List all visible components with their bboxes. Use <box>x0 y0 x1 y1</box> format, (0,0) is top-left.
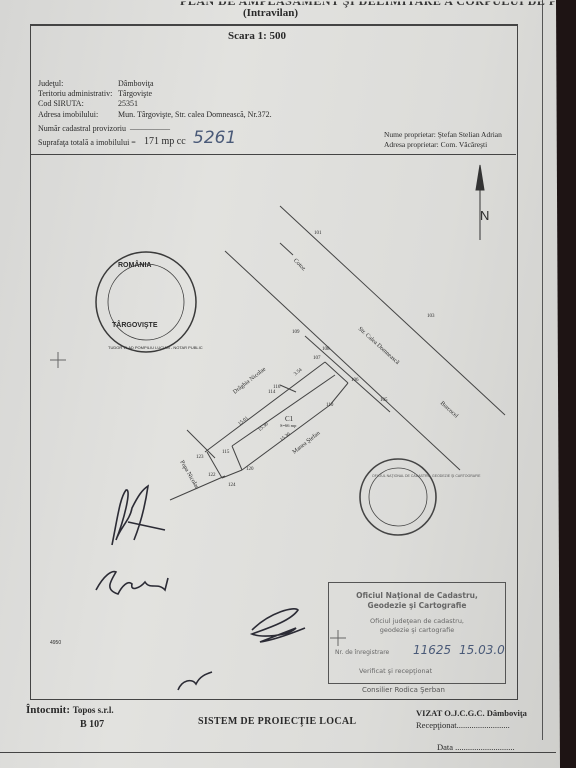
point-122: 122 <box>208 473 216 478</box>
parcel-area: S=66 mp <box>280 423 296 428</box>
stamp-line1: Oficiul Naţional de Cadastru, <box>329 591 505 600</box>
stamp-line3: Oficiul judeţean de cadastru, <box>329 617 505 625</box>
stamp-registration-number: 11625 <box>413 643 451 657</box>
north-label: N <box>480 208 489 223</box>
point-107: 107 <box>313 356 321 361</box>
notary-seal-city: TÂRGOVIŞTE <box>112 322 158 329</box>
margin-note: 4950 <box>50 640 61 646</box>
point-120: 120 <box>246 467 254 472</box>
projection-system: SISTEM DE PROIECŢIE LOCAL <box>198 716 356 727</box>
point-114: 114 <box>268 390 275 395</box>
oncgc-seal-text: OFICIUL NAŢIONAL DE CADASTRU, GEODEZIE Ş… <box>372 474 481 478</box>
stamp-consilier: Consilier Rodica Şerban <box>362 686 445 694</box>
receptionat-label: Recepţionat......................... <box>416 720 510 730</box>
point-115: 115 <box>222 450 229 455</box>
point-109: 109 <box>292 330 300 335</box>
stamp-registration-date: 15.03.0 <box>459 643 505 657</box>
bottom-border <box>0 752 556 753</box>
oncgc-seal <box>360 459 436 535</box>
vizat-label: VIZAT O.J.C.G.C. Dâmboviţa <box>416 708 527 718</box>
oncgc-reception-stamp: Oficiul Naţional de Cadastru, Geodezie ş… <box>328 582 506 684</box>
notary-seal-country: ROMÂNIA <box>118 262 151 269</box>
point-123: 123 <box>196 455 204 460</box>
point-108: 108 <box>322 347 330 352</box>
date-label: Data ............................ <box>437 742 515 752</box>
point-116: 116 <box>273 385 280 390</box>
stamp-verified: Verificat şi recepţionat <box>359 667 432 675</box>
cadastral-plan-sheet: PLAN DE AMPLASAMENT ŞI DELIMITARE A CORP… <box>0 0 560 768</box>
parcel-label: C1 <box>285 415 293 423</box>
stamp-line2: Geodezie şi Cartografie <box>329 601 505 610</box>
stamp-line4: geodezie şi cartografie <box>329 626 505 634</box>
point-101: 101 <box>314 231 322 236</box>
point-106: 106 <box>351 378 359 383</box>
stamp-registration-label: Nr. de înregistrare <box>335 649 389 656</box>
prepared-by: Întocmit: Topos s.r.l. <box>26 704 114 716</box>
point-110: 110 <box>326 403 333 408</box>
point-103: 103 <box>427 314 435 319</box>
notary-seal-name: TUDOR VLAD POMPILIU LUCIAN - NOTAR PUBLI… <box>108 345 203 350</box>
point-105: 105 <box>380 398 388 403</box>
point-124: 124 <box>228 483 236 488</box>
prepared-code: B 107 <box>80 719 104 730</box>
